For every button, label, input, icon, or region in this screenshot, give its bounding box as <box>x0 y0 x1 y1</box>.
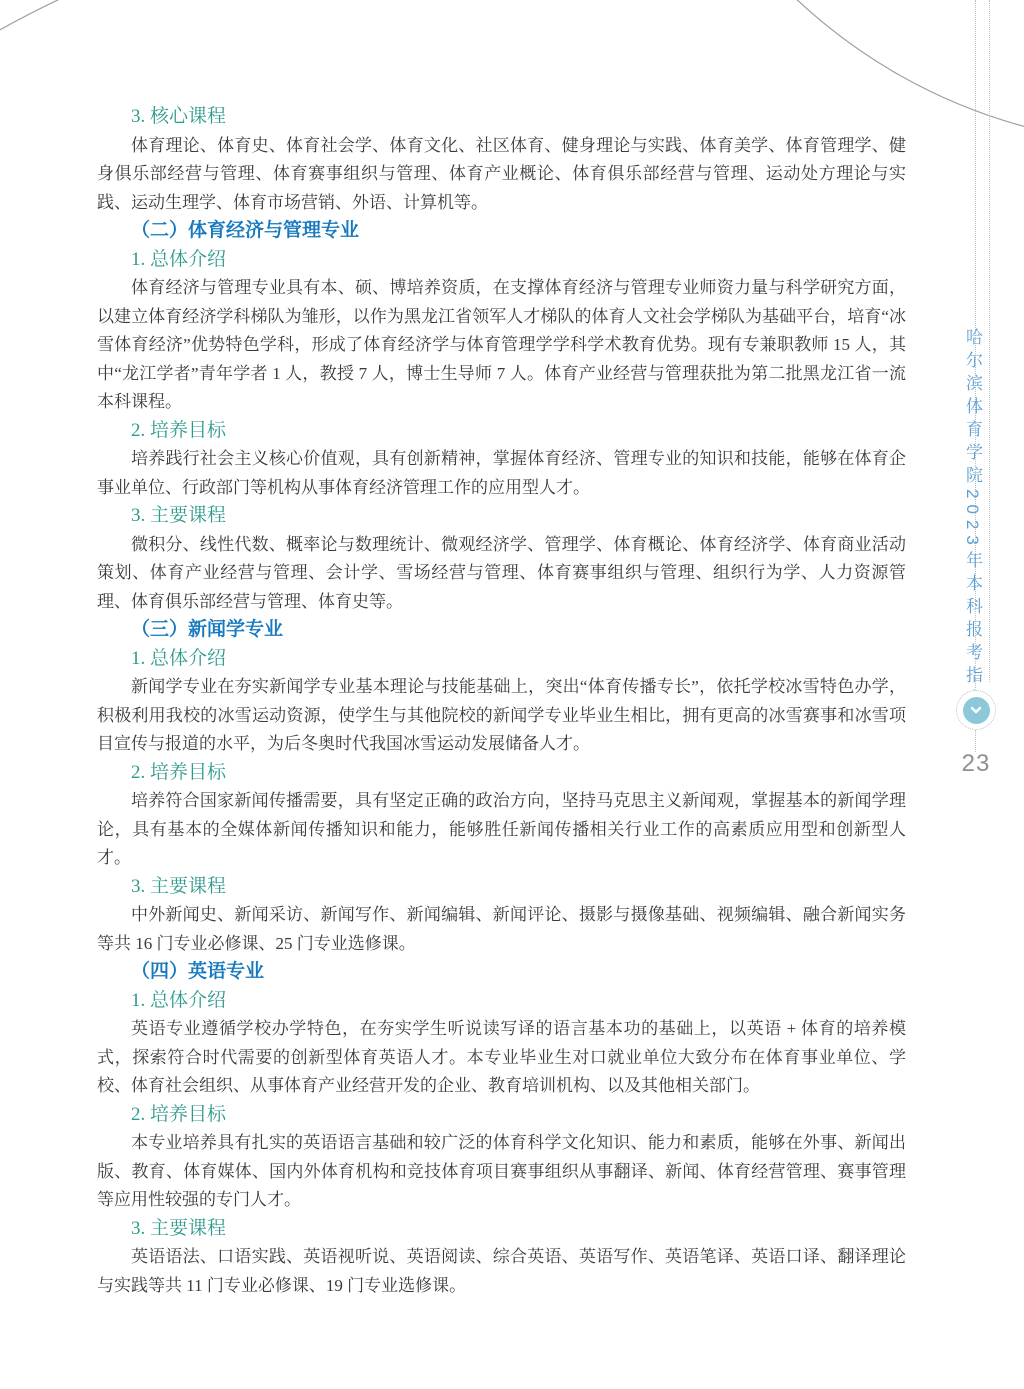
paragraph: 体育经济与管理专业具有本、硕、博培养资质，在支撑体育经济与管理专业师资力量与科学… <box>97 274 906 417</box>
section-heading: （四）英语专业 <box>97 958 906 987</box>
section-heading: （二）体育经济与管理专业 <box>97 217 906 246</box>
paragraph: 英语专业遵循学校办学特色，在夯实学生听说读写译的语言基本功的基础上，以英语 + … <box>97 1015 906 1101</box>
paragraph: 英语语法、口语实践、英语视听说、英语阅读、综合英语、英语写作、英语笔译、英语口译… <box>97 1243 906 1300</box>
paragraph: 培养践行社会主义核心价值观，具有创新精神，掌握体育经济、管理专业的知识和技能，能… <box>97 445 906 502</box>
sub-heading: 1. 总体介绍 <box>97 987 906 1016</box>
dotted-rule <box>989 0 990 682</box>
dotted-rule <box>975 730 976 752</box>
chevron-down-icon <box>963 697 990 724</box>
sub-heading: 3. 主要课程 <box>97 502 906 531</box>
paragraph: 培养符合国家新闻传播需要，具有坚定正确的政治方向，坚持马克思主义新闻观，掌握基本… <box>97 787 906 873</box>
paragraph: 体育理论、体育史、体育社会学、体育文化、社区体育、健身理论与实践、体育美学、体育… <box>97 132 906 218</box>
sub-heading: 1. 总体介绍 <box>97 246 906 275</box>
page-number: 23 <box>953 750 999 778</box>
document-body: 3. 核心课程 体育理论、体育史、体育社会学、体育文化、社区体育、健身理论与实践… <box>97 103 906 1300</box>
sub-heading: 2. 培养目标 <box>97 417 906 446</box>
paragraph: 本专业培养具有扎实的英语语言基础和较广泛的体育科学文化知识、能力和素质，能够在外… <box>97 1129 906 1215</box>
section-heading: （三）新闻学专业 <box>97 616 906 645</box>
sub-heading: 2. 培养目标 <box>97 759 906 788</box>
paragraph: 新闻学专业在夯实新闻学专业基本理论与技能基础上，突出“体育传播专长”，依托学校冰… <box>97 673 906 759</box>
paragraph: 微积分、线性代数、概率论与数理统计、微观经济学、管理学、体育概论、体育经济学、体… <box>97 531 906 617</box>
sub-heading: 2. 培养目标 <box>97 1101 906 1130</box>
sidebar-edition-title: 哈尔滨体育学院2023年本科报考指南 <box>960 328 985 700</box>
paragraph: 中外新闻史、新闻采访、新闻写作、新闻编辑、新闻评论、摄影与摄像基础、视频编辑、融… <box>97 901 906 958</box>
sub-heading: 3. 主要课程 <box>97 873 906 902</box>
sub-heading: 1. 总体介绍 <box>97 645 906 674</box>
sub-heading: 3. 主要课程 <box>97 1215 906 1244</box>
scroll-indicator-badge <box>956 690 996 730</box>
sub-heading: 3. 核心课程 <box>97 103 906 132</box>
